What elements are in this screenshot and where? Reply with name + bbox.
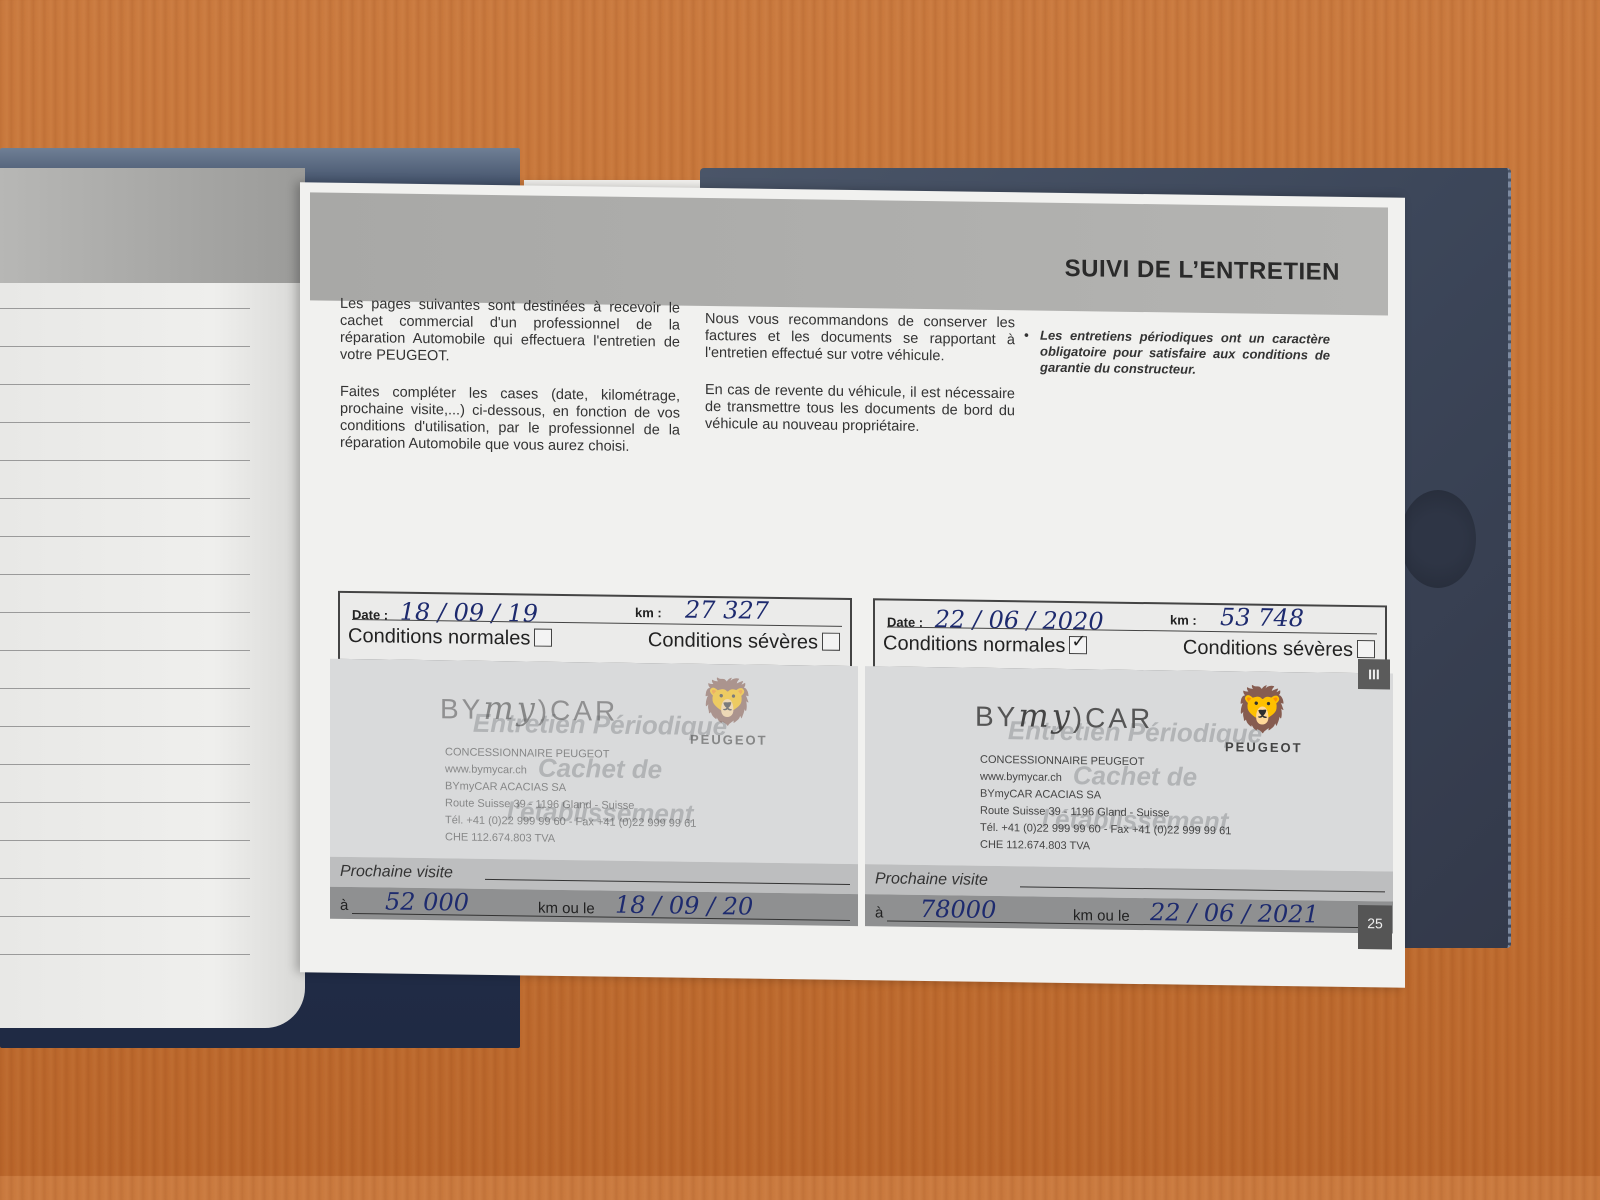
condition-severe: Conditions sévères <box>648 629 840 655</box>
peugeot-lion-icon: 🦁 <box>700 678 750 729</box>
conditions-row: Conditions normales Conditions sévères <box>348 625 840 655</box>
warranty-note-text: Les entretiens périodiques ont un caract… <box>1040 328 1330 377</box>
date-field: Date : 18 / 09 / 19 <box>352 597 538 628</box>
logo-car: )CAR <box>538 695 618 727</box>
maintenance-entry: Date : 22 / 06 / 2020 km : 53 748 Condit… <box>865 598 1390 935</box>
next-visit-underline <box>485 879 850 885</box>
next-visit-details: à 78000 km ou le 22 / 06 / 2021 <box>865 894 1393 933</box>
page-number: 25 <box>1358 905 1392 949</box>
dealer-address: CONCESSIONNAIRE PEUGEOT www.bymycar.ch B… <box>445 744 696 850</box>
next-visit-underline <box>1020 886 1385 892</box>
ruled-line <box>0 802 250 803</box>
logo-car: )CAR <box>1073 702 1153 734</box>
address-line: CHE 112.674.803 TVA <box>980 837 1231 858</box>
entry-header-box: Date : 22 / 06 / 2020 km : 53 748 Condit… <box>873 598 1387 675</box>
severe-checkbox[interactable] <box>1357 640 1375 658</box>
next-visit-label: Prochaine visite <box>340 863 453 883</box>
ruled-line <box>0 764 250 765</box>
km-label: km : <box>635 605 662 620</box>
left-page <box>0 168 305 1028</box>
condition-normal: Conditions normales <box>883 632 1087 658</box>
at-label: à <box>340 897 348 914</box>
intro-paragraph: Les pages suivantes sont destinées à rec… <box>340 296 680 369</box>
condition-severe: Conditions sévères <box>1183 637 1375 663</box>
address-line: CHE 112.674.803 TVA <box>445 829 696 850</box>
peugeot-wordmark: PEUGEOT <box>690 732 768 748</box>
intro-paragraph: Faites compléter les cases (date, kilomé… <box>340 384 680 457</box>
normal-checkbox[interactable] <box>534 629 552 647</box>
entry-header-box: Date : 18 / 09 / 19 km : 27 327 Conditio… <box>338 591 852 668</box>
condition-normal-label: Conditions normales <box>348 625 530 650</box>
date-value: 18 / 09 / 19 <box>400 598 538 628</box>
km-or-on-label: km ou le <box>1073 907 1130 925</box>
ruled-line <box>0 574 250 575</box>
bymycar-logo: BYmy)CAR <box>440 688 618 728</box>
km-value: 53 748 <box>1220 603 1304 632</box>
condition-normal-label: Conditions normales <box>883 632 1065 657</box>
intro-paragraph: En cas de revente du véhicule, il est né… <box>705 382 1015 437</box>
maintenance-entry: Date : 18 / 09 / 19 km : 27 327 Conditio… <box>330 591 855 928</box>
page-title: SUIVI DE L’ENTRETIEN <box>1065 255 1340 287</box>
dealer-stamp-area: Entretien Périodique Cachet de l'établis… <box>330 659 858 864</box>
next-km-value: 78000 <box>920 895 996 924</box>
ruled-line <box>0 498 250 499</box>
ruled-line <box>0 308 250 309</box>
ruled-line <box>0 422 250 423</box>
logo-by: BY <box>440 693 483 725</box>
next-km-value: 52 000 <box>385 887 469 916</box>
km-or-on-label: km ou le <box>538 900 595 918</box>
ruled-line <box>0 954 250 955</box>
intro-paragraph: Nous vous recommandons de conserver les … <box>705 311 1015 366</box>
at-label: à <box>875 904 883 921</box>
conditions-row: Conditions normales Conditions sévères <box>883 632 1375 662</box>
warranty-note: • Les entretiens périodiques ont un cara… <box>1040 328 1330 380</box>
ruled-line <box>0 840 250 841</box>
ruled-line <box>0 688 250 689</box>
km-value: 27 327 <box>685 596 769 625</box>
ruled-line <box>0 650 250 651</box>
logo-by: BY <box>975 701 1018 733</box>
ruled-line <box>0 384 250 385</box>
dealer-stamp-area: Entretien Périodique Cachet de l'établis… <box>865 666 1393 871</box>
km-label: km : <box>1170 612 1197 627</box>
next-visit-label: Prochaine visite <box>875 870 988 890</box>
intro-column-2: Nous vous recommandons de conserver les … <box>705 311 1015 457</box>
velcro-tab <box>1400 490 1476 588</box>
condition-severe-label: Conditions sévères <box>648 629 818 653</box>
logo-my: my <box>483 689 537 728</box>
normal-checkbox[interactable] <box>1069 636 1087 654</box>
dealer-address: CONCESSIONNAIRE PEUGEOT www.bymycar.ch B… <box>980 752 1231 858</box>
ruled-line <box>0 878 250 879</box>
ruled-line <box>0 916 250 917</box>
section-tab: III <box>1358 659 1390 689</box>
bymycar-logo: BYmy)CAR <box>975 696 1153 736</box>
bullet-icon: • <box>1024 327 1029 343</box>
ruled-line <box>0 460 250 461</box>
right-page: SUIVI DE L’ENTRETIEN Les pages suivantes… <box>300 182 1405 987</box>
next-details-underline <box>352 913 850 921</box>
logo-my: my <box>1018 696 1072 735</box>
ruled-line <box>0 536 250 537</box>
severe-checkbox[interactable] <box>822 633 840 651</box>
intro-column-1: Les pages suivantes sont destinées à rec… <box>340 296 680 477</box>
peugeot-wordmark: PEUGEOT <box>1225 739 1303 755</box>
peugeot-lion-icon: 🦁 <box>1235 685 1285 736</box>
condition-normal: Conditions normales <box>348 625 552 651</box>
ruled-line <box>0 612 250 613</box>
left-page-header-band <box>0 168 305 283</box>
next-visit-details: à 52 000 km ou le 18 / 09 / 20 <box>330 887 858 926</box>
ruled-line <box>0 346 250 347</box>
condition-severe-label: Conditions sévères <box>1183 637 1353 661</box>
ruled-line <box>0 726 250 727</box>
